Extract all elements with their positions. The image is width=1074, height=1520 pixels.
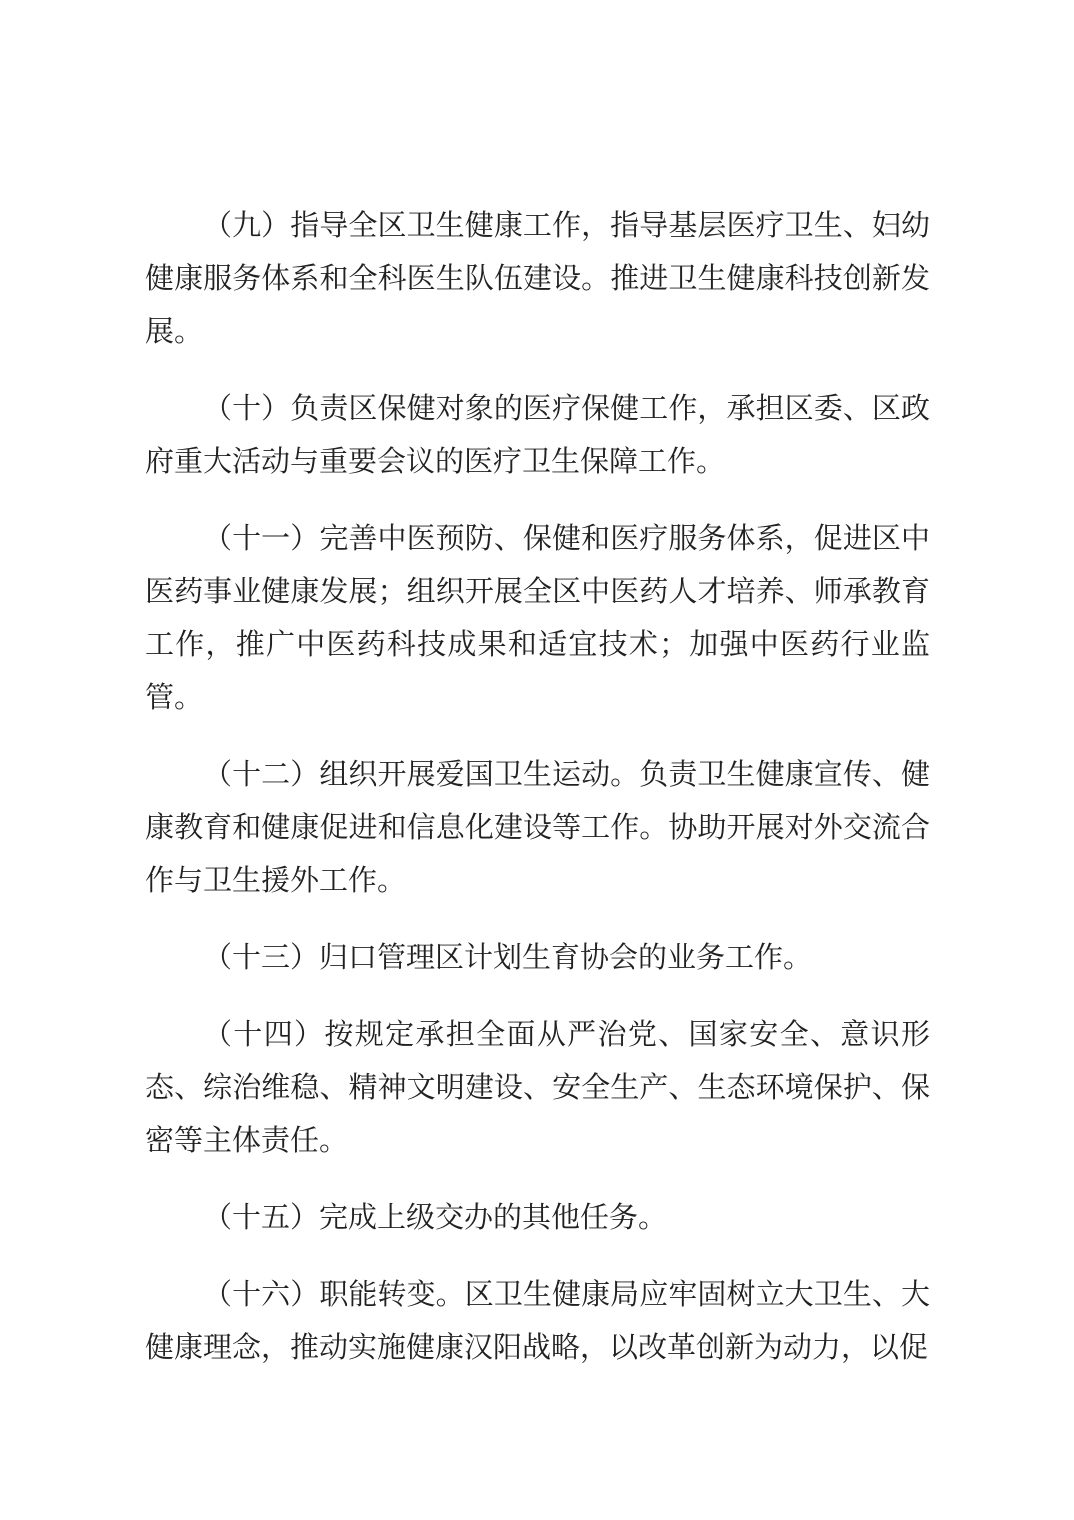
document-page: （九）指导全区卫生健康工作，指导基层医疗卫生、妇幼健康服务体系和全科医生队伍建设… xyxy=(0,0,1074,1520)
paragraph-item-13: （十三）归口管理区计划生育协会的业务工作。 xyxy=(145,932,930,985)
paragraph-item-11: （十一）完善中医预防、保健和医疗服务体系，促进区中医药事业健康发展；组织开展全区… xyxy=(145,513,930,725)
paragraph-item-15: （十五）完成上级交办的其他任务。 xyxy=(145,1192,930,1245)
paragraph-item-12: （十二）组织开展爱国卫生运动。负责卫生健康宣传、健康教育和健康促进和信息化建设等… xyxy=(145,749,930,908)
paragraph-item-10: （十）负责区保健对象的医疗保健工作，承担区委、区政府重大活动与重要会议的医疗卫生… xyxy=(145,383,930,489)
paragraph-item-16: （十六）职能转变。区卫生健康局应牢固树立大卫生、大健康理念，推动实施健康汉阳战略… xyxy=(145,1269,930,1375)
paragraph-item-14: （十四）按规定承担全面从严治党、国家安全、意识形态、综治维稳、精神文明建设、安全… xyxy=(145,1009,930,1168)
paragraph-item-9: （九）指导全区卫生健康工作，指导基层医疗卫生、妇幼健康服务体系和全科医生队伍建设… xyxy=(145,200,930,359)
document-body: （九）指导全区卫生健康工作，指导基层医疗卫生、妇幼健康服务体系和全科医生队伍建设… xyxy=(0,0,1074,1520)
